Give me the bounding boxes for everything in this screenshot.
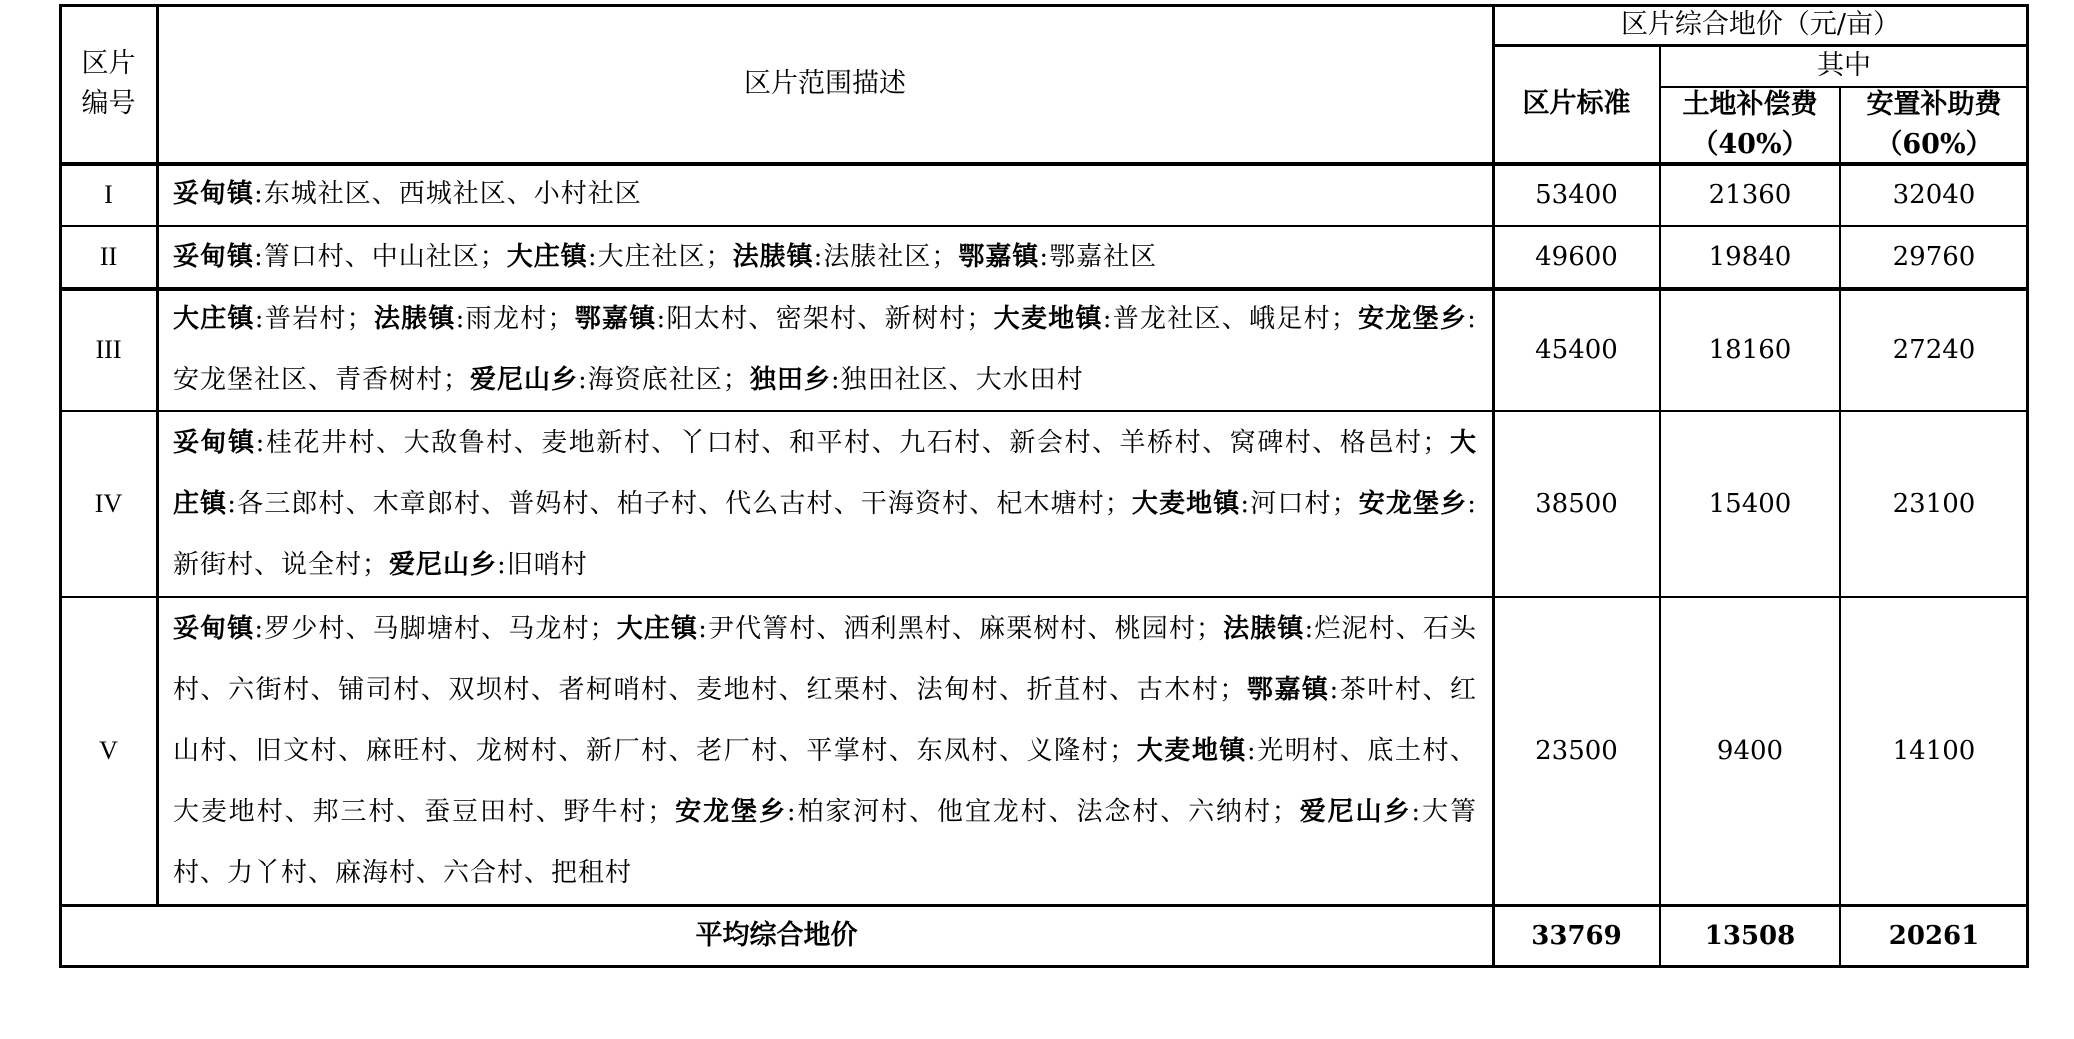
row-5-description-text: 妥甸镇:罗少村、马脚塘村、马龙村；大庄镇:尹代箐村、洒利黑村、麻栗树村、桃园村；… [173, 599, 1477, 904]
place-list: 桂花井村、大敌鲁村、麦地新村、丫口村、和平村、九石村、新会村、羊桥村、窝碑村、格… [265, 428, 1449, 458]
place-list: 柏家河村、他宜龙村、法念村、六纳村； [797, 797, 1299, 827]
colon: : [1467, 489, 1477, 519]
row-3-standard-value: 45400 [1535, 335, 1618, 365]
colon: : [1103, 304, 1113, 334]
header-resettle-line1: 安置补助费 [1867, 85, 2002, 125]
town-name: 法脿镇 [1223, 614, 1304, 644]
row-1-description-text: 妥甸镇:东城社区、西城社区、小村社区 [173, 164, 1477, 225]
colon: : [1240, 489, 1250, 519]
place-list: 阳太村、密架村、新树村； [666, 304, 993, 334]
row-5-id-text: V [99, 736, 118, 766]
header-of-which: 其中 [1660, 45, 2028, 87]
colon: : [657, 304, 667, 334]
row-5-standard-value: 23500 [1535, 736, 1618, 766]
place-list: 东城社区、西城社区、小村社区 [264, 179, 642, 209]
row-3-description: 大庄镇:普岩村；法脿镇:雨龙村；鄂嘉镇:阳太村、密架村、新树村；大麦地镇:普龙社… [157, 288, 1493, 411]
town-name: 鄂嘉镇 [958, 242, 1039, 272]
row-1-land-comp-value: 21360 [1709, 180, 1792, 210]
row-1-id-text: I [104, 180, 113, 210]
rule-of-which [1660, 86, 2028, 88]
header-zone-no-line1: 区片 [82, 44, 136, 84]
row-5-resettle-value: 14100 [1893, 736, 1976, 766]
row-4-description-text: 妥甸镇:桂花井村、大敌鲁村、麦地新村、丫口村、和平村、九石村、新会村、羊桥村、窝… [173, 413, 1477, 596]
header-land-comp: 土地补偿费 （40%） [1660, 87, 1840, 163]
row-2-standard: 49600 [1493, 226, 1660, 288]
rule-header-bottom [60, 162, 2028, 166]
rule-col-standard [1659, 45, 1661, 966]
colon: : [227, 489, 237, 519]
header-scope-label: 区片范围描述 [744, 64, 906, 104]
row-2-id-text: II [100, 242, 117, 272]
town-name: 大麦地镇 [993, 304, 1102, 334]
colon: : [256, 428, 266, 458]
place-list: 法脿社区； [823, 242, 958, 272]
row-3-id-text: III [96, 335, 122, 365]
rule-price-group [1493, 44, 2028, 47]
row-4-resettle-value: 23100 [1893, 489, 1976, 519]
row-3-resettle: 27240 [1840, 288, 2028, 411]
row-4-id-text: IV [95, 489, 122, 519]
colon: : [1467, 304, 1477, 334]
rule-row-2 [60, 287, 2028, 291]
row-3-id: III [60, 288, 157, 411]
row-1-land-comp: 21360 [1660, 163, 1840, 226]
row-4-description: 妥甸镇:桂花井村、大敌鲁村、麦地新村、丫口村、和平村、九石村、新会村、羊桥村、窝… [157, 411, 1493, 597]
row-5-resettle: 14100 [1840, 597, 2028, 905]
place-list: 河口村； [1250, 489, 1358, 519]
border-left [59, 4, 62, 968]
row-5-id: V [60, 597, 157, 905]
header-zone-no: 区片 编号 [60, 5, 157, 163]
row-3-land-comp-value: 18160 [1709, 335, 1792, 365]
footer-land-comp-value: 13508 [1705, 921, 1795, 951]
row-4-resettle: 23100 [1840, 411, 2028, 597]
town-name: 爱尼山乡 [1299, 797, 1412, 827]
row-1-id: I [60, 163, 157, 226]
footer-resettle-value: 20261 [1889, 921, 1979, 951]
row-2-id: II [60, 226, 157, 288]
place-list: 海资底社区； [588, 365, 750, 395]
town-name: 大庄镇 [617, 614, 698, 644]
row-5-description: 妥甸镇:罗少村、马脚塘村、马龙村；大庄镇:尹代箐村、洒利黑村、麻栗树村、桃园村；… [157, 597, 1493, 905]
town-name: 妥甸镇 [173, 179, 254, 209]
row-3-land-comp: 18160 [1660, 288, 1840, 411]
place-list: 普龙社区、峨足村； [1113, 304, 1358, 334]
row-1-resettle: 32040 [1840, 163, 2028, 226]
colon: : [1039, 242, 1049, 272]
row-2-standard-value: 49600 [1535, 242, 1618, 272]
rule-col-land-comp [1839, 87, 1841, 966]
town-name: 妥甸镇 [173, 614, 254, 644]
row-5-land-comp: 9400 [1660, 597, 1840, 905]
row-4-standard: 38500 [1493, 411, 1660, 597]
header-resettle: 安置补助费 （60%） [1840, 87, 2028, 163]
rule-row-3 [60, 410, 2028, 412]
rule-col-id [156, 5, 159, 905]
colon: : [254, 179, 264, 209]
colon: : [814, 242, 824, 272]
colon: : [254, 242, 264, 272]
row-1-standard: 53400 [1493, 163, 1660, 226]
row-2-land-comp: 19840 [1660, 226, 1840, 288]
town-name: 大麦地镇 [1132, 489, 1241, 519]
header-scope: 区片范围描述 [157, 5, 1493, 163]
colon: : [254, 614, 264, 644]
place-list: 鄂嘉社区 [1049, 242, 1157, 272]
town-name: 大麦地镇 [1136, 736, 1247, 766]
row-1-description: 妥甸镇:东城社区、西城社区、小村社区 [157, 163, 1493, 226]
row-3-resettle-value: 27240 [1893, 335, 1976, 365]
rule-row-5 [60, 904, 2028, 907]
header-standard-label: 区片标准 [1523, 84, 1631, 124]
colon: : [255, 304, 265, 334]
row-5-land-comp-value: 9400 [1717, 736, 1783, 766]
colon: : [1305, 614, 1315, 644]
place-list: 箐口村、中山社区； [264, 242, 507, 272]
row-5-standard: 23500 [1493, 597, 1660, 905]
colon: : [588, 242, 598, 272]
footer-label: 平均综合地价 [60, 905, 1493, 966]
town-name: 法脿镇 [374, 304, 456, 334]
town-name: 法脿镇 [733, 242, 814, 272]
header-land-comp-line1: 土地补偿费 [1683, 85, 1818, 125]
town-name: 独田乡 [750, 365, 831, 395]
row-2-description-text: 妥甸镇:箐口村、中山社区；大庄镇:大庄社区；法脿镇:法脿社区；鄂嘉镇:鄂嘉社区 [173, 227, 1477, 288]
row-2-land-comp-value: 19840 [1709, 242, 1792, 272]
land-price-table: 区片 编号 区片范围描述 区片综合地价（元/亩） 区片标准 其中 土地补偿费 （… [60, 5, 2028, 966]
row-3-description-text: 大庄镇:普岩村；法脿镇:雨龙村；鄂嘉镇:阳太村、密架村、新树村；大麦地镇:普龙社… [173, 289, 1477, 411]
colon: : [497, 550, 507, 580]
header-land-comp-line2: （40%） [1691, 125, 1808, 165]
place-list: 旧哨村 [507, 550, 588, 580]
header-of-which-label: 其中 [1817, 46, 1871, 86]
row-2-description: 妥甸镇:箐口村、中山社区；大庄镇:大庄社区；法脿镇:法脿社区；鄂嘉镇:鄂嘉社区 [157, 226, 1493, 288]
header-price-group: 区片综合地价（元/亩） [1493, 5, 2028, 45]
place-list: 各三郎村、木章郎村、普妈村、柏子村、代么古村、干海资村、杞木塘村； [237, 489, 1132, 519]
rule-row-1 [60, 225, 2028, 227]
town-name: 大庄镇 [507, 242, 588, 272]
header-zone-no-line2: 编号 [82, 84, 136, 124]
place-list: 尹代箐村、洒利黑村、麻栗树村、桃园村； [708, 614, 1223, 644]
footer-resettle: 20261 [1840, 905, 2028, 966]
town-name: 安龙堡乡 [674, 797, 787, 827]
colon: : [1247, 736, 1257, 766]
place-list: 大庄社区； [598, 242, 733, 272]
border-right [2026, 4, 2029, 968]
place-list: 雨龙村； [465, 304, 574, 334]
colon: : [831, 365, 841, 395]
row-2-resettle-value: 29760 [1893, 242, 1976, 272]
border-bottom [60, 965, 2028, 968]
colon: : [698, 614, 708, 644]
row-2-resettle: 29760 [1840, 226, 2028, 288]
row-4-id: IV [60, 411, 157, 597]
row-4-standard-value: 38500 [1535, 489, 1618, 519]
colon: : [578, 365, 588, 395]
town-name: 鄂嘉镇 [574, 304, 656, 334]
town-name: 妥甸镇 [173, 242, 254, 272]
colon: : [456, 304, 466, 334]
footer-land-comp: 13508 [1660, 905, 1840, 966]
row-1-resettle-value: 32040 [1893, 180, 1976, 210]
town-name: 鄂嘉镇 [1246, 675, 1329, 705]
rule-col-scope [1492, 5, 1495, 966]
footer-standard-value: 33769 [1531, 921, 1621, 951]
border-top [60, 4, 2028, 7]
row-4-land-comp: 15400 [1660, 411, 1840, 597]
town-name: 安龙堡乡 [1358, 304, 1467, 334]
header-standard: 区片标准 [1493, 45, 1660, 163]
rule-row-4 [60, 596, 2028, 598]
footer-label-text: 平均综合地价 [696, 916, 858, 956]
town-name: 安龙堡乡 [1359, 489, 1468, 519]
row-3-standard: 45400 [1493, 288, 1660, 411]
header-price-group-label: 区片综合地价（元/亩） [1621, 5, 1900, 45]
place-list: 新街村、说全村； [173, 550, 389, 580]
place-list: 罗少村、马脚塘村、马龙村； [264, 614, 617, 644]
colon: : [1330, 675, 1340, 705]
place-list: 普岩村； [265, 304, 374, 334]
town-name: 大庄镇 [173, 304, 255, 334]
header-resettle-line2: （60%） [1875, 125, 1992, 165]
town-name: 妥甸镇 [173, 428, 256, 458]
town-name: 爱尼山乡 [470, 365, 578, 395]
row-4-land-comp-value: 15400 [1709, 489, 1792, 519]
row-1-standard-value: 53400 [1535, 180, 1618, 210]
colon: : [1411, 797, 1421, 827]
town-name: 爱尼山乡 [389, 550, 497, 580]
place-list: 安龙堡社区、青香树村； [173, 365, 470, 395]
colon: : [787, 797, 797, 827]
footer-standard: 33769 [1493, 905, 1660, 966]
place-list: 独田社区、大水田村 [841, 365, 1084, 395]
